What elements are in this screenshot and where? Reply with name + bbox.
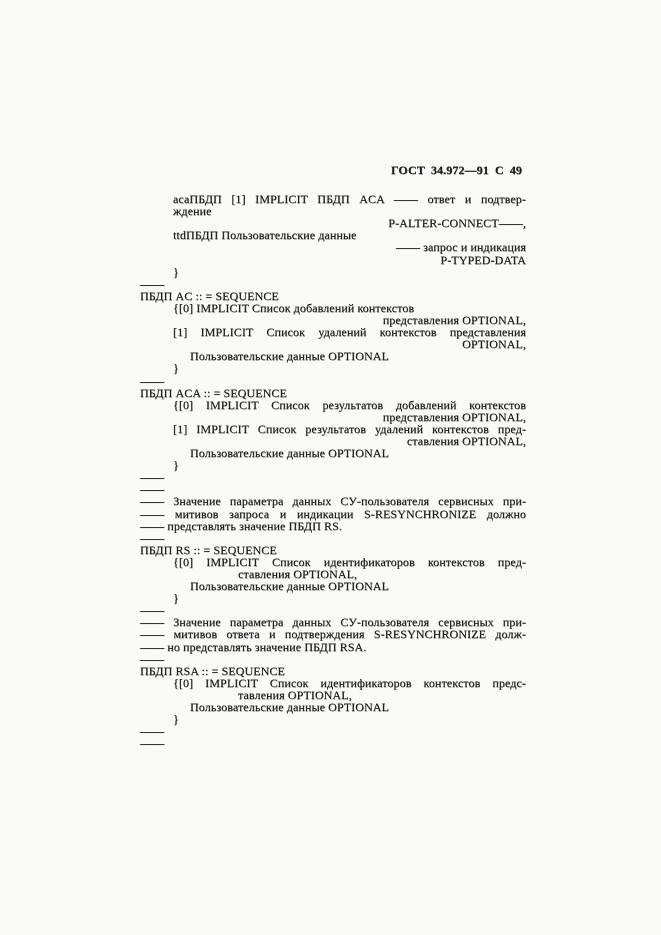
text-line: —— митивов запроса и индикации S-RESYNCH… (140, 508, 526, 520)
text-line: Пользовательские данные OPTIONAL (140, 447, 526, 459)
text-line: P-TYPED-DATA (140, 254, 526, 266)
text-line: {[0] IMPLICIT Список результатов добавле… (140, 399, 526, 411)
text-line: Пользовательские данные OPTIONAL (140, 701, 526, 713)
text-line: } (140, 459, 526, 471)
text-line: —— (140, 375, 526, 387)
text-line: } (140, 592, 526, 604)
text-line: —— представлять значение ПБДП RS. (140, 520, 526, 532)
text-line: —— но представлять значение ПБДП RSA. (140, 641, 526, 653)
standard-number-page-label: ГОСТ 34.972—91 С 49 (391, 163, 522, 177)
text-line: —— (140, 653, 526, 665)
text-line: —— (140, 725, 526, 737)
text-line: —— Значение параметра данных СУ-пользова… (140, 495, 526, 507)
document-lines: асаПБДП [1] IMPLICIT ПБДП ACA —— ответ и… (140, 193, 526, 749)
text-line: } (140, 266, 526, 278)
text-line: } (140, 713, 526, 725)
text-line: —— (140, 737, 526, 749)
text-line: Пользовательские данные OPTIONAL (140, 350, 526, 362)
page-header: ГОСТ 34.972—91 С 49 (140, 164, 526, 176)
text-line: —— (140, 532, 526, 544)
text-line: ПБДП ACA :: = SEQUENCE (140, 387, 526, 399)
text-line: Пользовательские данные OPTIONAL (140, 580, 526, 592)
scanned-document-page: ГОСТ 34.972—91 С 49 асаПБДП [1] IMPLICIT… (0, 0, 661, 935)
text-line: —— запрос и индикация (140, 241, 526, 253)
text-line: —— (140, 471, 526, 483)
document-content: ГОСТ 34.972—91 С 49 асаПБДП [1] IMPLICIT… (140, 164, 526, 749)
text-line: —— митивов ответа и подтверждения S-RESY… (140, 628, 526, 640)
text-line: } (140, 362, 526, 374)
